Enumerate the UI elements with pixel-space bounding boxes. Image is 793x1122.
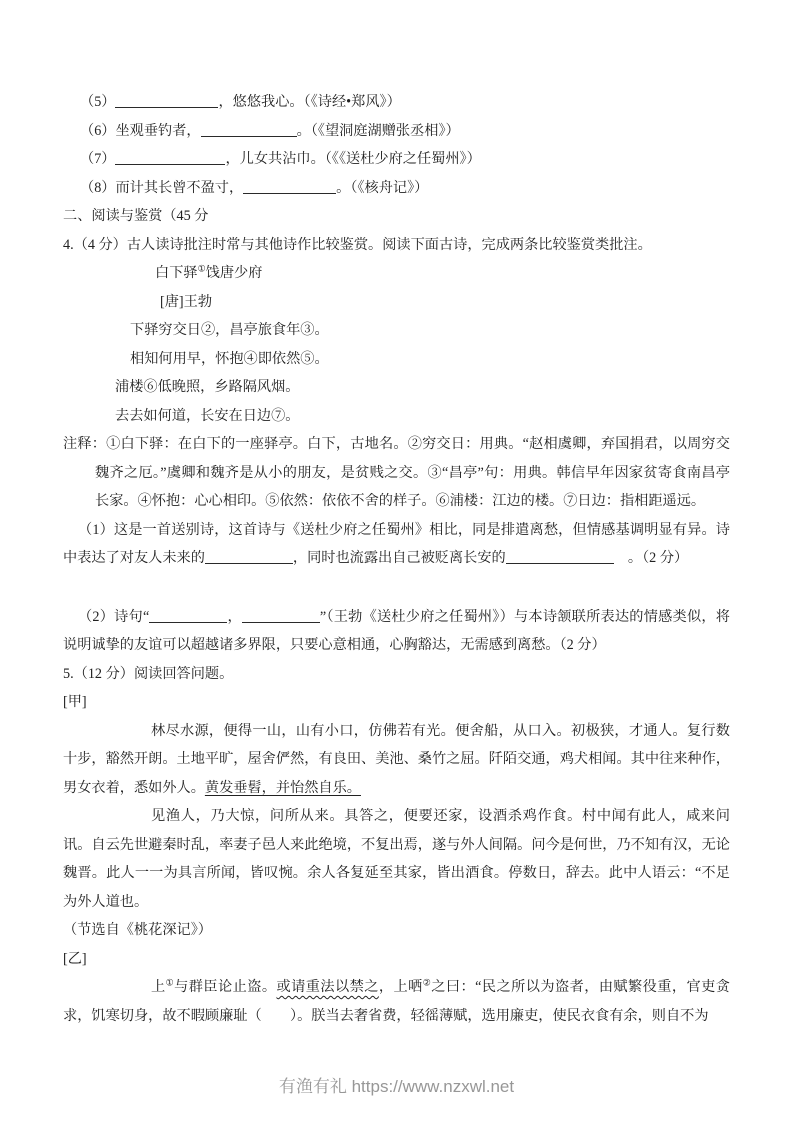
poem-line: 下驿穷交日②，昌亭旅食年③。 (130, 316, 730, 345)
yi-text-1: 上 (151, 979, 166, 995)
poem-author: [唐]王勃 (160, 288, 730, 317)
jia-p1-underlined-text: 黄发垂髫，并怡然自乐。 (205, 780, 361, 796)
footnote-marker: ② (423, 977, 432, 987)
question-4-sub-1: （1）这是一首送别诗，这首诗与《送杜少府之任蜀州》相比，同是排遣离愁，但情感基调… (63, 516, 730, 573)
item-6-text-post: 。（《望洞庭湖赠张丞相》） (297, 123, 460, 139)
fill-blank-item-5: （5），悠悠我心。（《诗经•郑风》） (63, 88, 730, 117)
answer-blank (201, 123, 297, 137)
item-8-text-pre: （8）而计其长曾不盈寸， (80, 180, 243, 196)
passage-label-yi: [乙] (63, 945, 730, 974)
question-5-intro: 5.（12 分）阅读回答问题。 (63, 660, 730, 689)
poem-title-text: 白下驿 (155, 265, 198, 281)
poem-line: 去去如何道，长安在日边⑦。 (115, 402, 730, 431)
q4-sub1-text-3: 。（2 分） (614, 550, 688, 566)
jia-source-note: （节选自《桃花深记》） (63, 916, 730, 945)
section-heading: 二、阅读与鉴赏（45 分 (63, 202, 730, 231)
fill-blank-item-8: （8）而计其长曾不盈寸，。（《核舟记》） (63, 174, 730, 203)
answer-blank (115, 151, 225, 165)
poem-line: 浦楼⑥低晚照，乡路隔风烟。 (115, 373, 730, 402)
yi-paragraph: 上①与群臣论止盗。或请重法以禁之，上哂②之曰：“民之所以为盗者，由赋繁役重，官吏… (63, 973, 730, 1030)
item-5-text-post: ，悠悠我心。（《诗经•郑风》） (218, 94, 400, 110)
q4-sub2-text-1: （2）诗句“ (78, 609, 149, 625)
item-6-text-pre: （6）坐观垂钓者， (80, 123, 201, 139)
watermark-footer: 有渔有礼 https://www.nzxwl.net (0, 1072, 793, 1097)
yi-text-2: 与群臣论止盗。 (174, 979, 276, 995)
poem-title: 白下驿①饯唐少府 (155, 259, 730, 288)
yi-text-3: ，上哂 (379, 979, 423, 995)
question-4-intro: 4.（4 分）古人读诗批注时常与其他诗作比较鉴赏。阅读下面古诗，完成两条比较鉴赏… (63, 231, 730, 260)
page-content: （5），悠悠我心。（《诗经•郑风》） （6）坐观垂钓者，。（《望洞庭湖赠张丞相》… (63, 88, 730, 1030)
yi-wavy-underlined-text: 或请重法以禁之 (277, 979, 379, 995)
footnote-marker: ① (166, 977, 175, 987)
answer-blank (242, 609, 320, 623)
item-8-text-post: 。（《核舟记》） (336, 180, 428, 196)
answer-blank (243, 180, 336, 194)
q4-sub1-text-2: ，同时也流露出自己被贬离长安的 (293, 550, 506, 566)
answer-blank (115, 94, 218, 108)
fill-blank-item-7: （7），儿女共沾巾。（《《送杜少府之任蜀州》） (63, 145, 730, 174)
item-7-text-post: ，儿女共沾巾。（《《送杜少府之任蜀州》） (225, 151, 480, 167)
jia-paragraph-1: 林尽水源，便得一山，山有小口，仿佛若有光。便舍船，从口入。初极狭，才通人。复行数… (63, 717, 730, 803)
question-4-sub-2: （2）诗句“，”（王勃《送杜少府之任蜀州》）与本诗颔联所表达的情感类似，将说明诚… (63, 603, 730, 660)
exam-paper-page: （5），悠悠我心。（《诗经•郑风》） （6）坐观垂钓者，。（《望洞庭湖赠张丞相》… (0, 0, 793, 1122)
fill-blank-item-6: （6）坐观垂钓者，。（《望洞庭湖赠张丞相》） (63, 117, 730, 146)
item-5-text-pre: （5） (80, 94, 115, 110)
item-7-text-pre: （7） (80, 151, 115, 167)
answer-blank (149, 609, 227, 623)
jia-p1-text: 林尽水源，便得一山，山有小口，仿佛若有光。便舍船，从口入。初极狭，才通人。复行数… (63, 723, 730, 796)
answer-blank (506, 550, 614, 564)
poem-annotations: 注释：①白下驿：在白下的一座驿亭。白下，古地名。②穷交日：用典。“赵相虞卿，弃国… (63, 430, 730, 516)
poem-block: 白下驿①饯唐少府 [唐]王勃 下驿穷交日②，昌亭旅食年③。 相知何用早，怀抱④即… (63, 259, 730, 430)
footnote-marker: ① (198, 263, 206, 273)
poem-title-text-2: 饯唐少府 (206, 265, 263, 281)
poem-line: 相知何用早，怀抱④即依然⑤。 (130, 345, 730, 374)
jia-paragraph-2: 见渔人，乃大惊，问所从来。具答之，便要还家，设酒杀鸡作食。村中闻有此人，咸来问讯… (63, 802, 730, 916)
passage-label-jia: [甲] (63, 688, 730, 717)
q4-sub2-text-2: ， (227, 609, 242, 625)
answer-blank (205, 550, 293, 564)
